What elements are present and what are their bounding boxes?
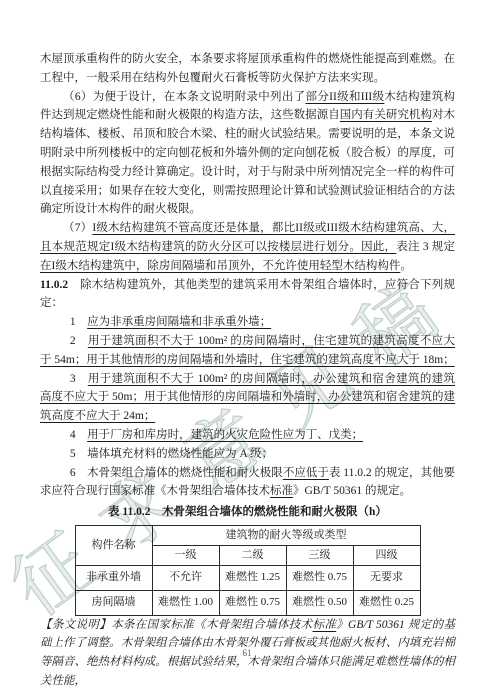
text-segment: 用于建筑面积不大于 100m² 的房间隔墙时，住宅建筑的建筑高度不应大于 54m… xyxy=(40,335,455,366)
page-number: 61 xyxy=(0,648,494,658)
text-segment: 11.0.2 xyxy=(40,279,68,291)
page-content: 木屋顶承重构件的防火安全，本条要求将屋顶承重构件的燃烧性能提高到难燃。在工程中，… xyxy=(40,50,455,691)
text-segment: 6 木骨架组合墙体的燃烧性能和耐火极限 xyxy=(70,467,283,479)
text-segment: （6）为便于设计，在本条文说明附录中列出了 xyxy=(63,91,306,103)
text-segment: 标准 xyxy=(270,485,293,497)
table-cell: 不允许 xyxy=(152,565,219,590)
text-segment: 对木结构墙体、楼板、吊顶和胶合木梁、柱的耐火试验结果。需要说明的是，本条文说明附… xyxy=(40,109,455,215)
table-row-header: 非承重外墙 xyxy=(75,565,152,590)
table-row: 房间隔墙难燃性 1.00难燃性 0.75难燃性 0.50难燃性 0.25 xyxy=(75,590,420,615)
table-cell: 难燃性 0.50 xyxy=(286,590,353,615)
text-segment: 4 xyxy=(70,429,87,441)
table-cell: 难燃性 0.75 xyxy=(219,590,286,615)
text-segment: 在I级木结构建筑中，除房间隔墙和吊顶外，不允许使用轻型木结构构件 xyxy=(40,260,400,272)
clause-item-4: 4 用于厂房和库房时，建筑的火灾危险性应为丁、戊类； xyxy=(40,426,455,445)
paragraph-item-6: （6）为便于设计，在本条文说明附录中列出了部分II级和III级木结构建筑构件达到… xyxy=(40,88,455,220)
text-segment: 木屋顶承重构件的防火安全，本条要求将屋顶承重构件的燃烧性能提高到难燃。在工程中，… xyxy=(40,53,455,84)
text-segment: 国内有关研究机构 xyxy=(340,109,432,121)
clause-item-1: 1 应为非承重房间隔墙和非承重外墙； xyxy=(40,313,455,332)
text-segment: 5 墙体填充材料的燃烧性能应为 A 级； xyxy=(70,448,273,460)
clause-11-0-2: 11.0.2 除木结构建筑外，其他类型的建筑采用木骨架组合墙体时，应符合下列规定… xyxy=(40,276,455,314)
table-row-header: 房间隔墙 xyxy=(75,590,152,615)
text-segment: 除木结构建筑外，其他类型的建筑采用木骨架组合墙体时，应符合下列规定： xyxy=(40,279,455,310)
table-title: 表 11.0.2 木骨架组合墙体的燃烧性能和耐火极限（h） xyxy=(40,503,455,522)
table-header-cell: 二级 xyxy=(219,545,286,565)
text-segment: 不应低于 xyxy=(283,467,329,479)
table-corner-header: 构件名称 xyxy=(75,525,152,565)
table-cell: 难燃性 0.25 xyxy=(353,590,420,615)
table-header-cell: 四级 xyxy=(353,545,420,565)
text-segment: 。 xyxy=(400,260,412,272)
table-cell: 难燃性 0.75 xyxy=(286,565,353,590)
clause-item-5: 5 墙体填充材料的燃烧性能应为 A 级； xyxy=(40,445,455,464)
table-header-cell: 一级 xyxy=(152,545,219,565)
table-group-header: 建筑物的耐火等级或类型 xyxy=(152,525,420,545)
text-segment: 用于厂房和库房时，建筑的火灾危险性应为丁、戊类； xyxy=(87,429,363,441)
text-segment: 》GB/T 50361 的规定。 xyxy=(293,485,411,497)
clause-item-2: 2 用于建筑面积不大于 100m² 的房间隔墙时，住宅建筑的建筑高度不应大于 5… xyxy=(40,332,455,370)
text-segment: 标准 xyxy=(313,619,337,631)
table-cell: 无要求 xyxy=(353,565,420,590)
clause-item-6: 6 木骨架组合墙体的燃烧性能和耐火极限不应低于表 11.0.2 的规定，其他要求… xyxy=(40,464,455,502)
text-segment: 表注 3 规定 xyxy=(396,241,455,253)
text-segment: （7） xyxy=(63,222,92,234)
clause-item-3: 3 用于建筑面积不大于 100m² 的房间隔墙时，办公建筑和宿舍建筑的建筑高度不… xyxy=(40,370,455,426)
table-cell: 难燃性 1.25 xyxy=(219,565,286,590)
text-segment: 1 xyxy=(70,316,87,328)
table-row: 非承重外墙不允许难燃性 1.25难燃性 0.75无要求 xyxy=(75,565,420,590)
fire-resistance-table: 构件名称建筑物的耐火等级或类型一级二级三级四级非承重外墙不允许难燃性 1.25难… xyxy=(75,525,421,616)
text-segment: 【条文说明】本条在国家标准《木骨架组合墙体技术 xyxy=(40,619,313,631)
paragraph-item-7: （7）I级木结构建筑不管高度还是体量，都比II级或III级木结构建筑高、大，且本… xyxy=(40,219,455,275)
table-cell: 难燃性 1.00 xyxy=(152,590,219,615)
text-segment: I级木结构建筑不管高度还是体量，都比II级或III级木结构建筑高、大，且本规范规… xyxy=(40,222,455,253)
text-segment: 部分II级和III级 xyxy=(306,91,385,103)
text-segment: 用于建筑面积不大于 100m² 的房间隔墙时，办公建筑和宿舍建筑的建筑高度不应大… xyxy=(40,373,455,423)
document-page: 征求意见稿 木屋顶承重构件的防火安全，本条要求将屋顶承重构件的燃烧性能提高到难燃… xyxy=(0,0,494,700)
text-segment: 应为非承重房间隔墙和非承重外墙； xyxy=(87,316,271,328)
text-segment: 3 xyxy=(70,373,88,385)
text-segment: 2 xyxy=(70,335,88,347)
table-header-cell: 三级 xyxy=(286,545,353,565)
paragraph-roof-members: 木屋顶承重构件的防火安全，本条要求将屋顶承重构件的燃烧性能提高到难燃。在工程中，… xyxy=(40,50,455,88)
